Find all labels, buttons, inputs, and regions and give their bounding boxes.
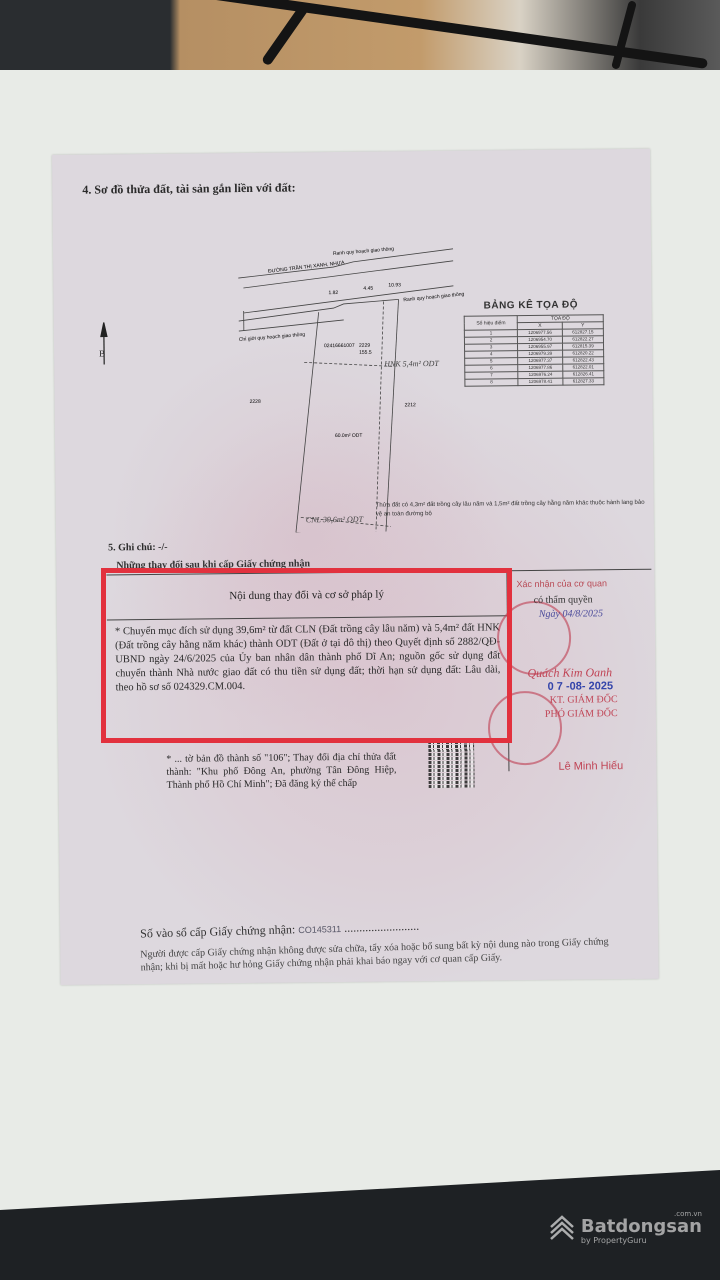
stamp-date: 0 7 -08- 2025 [548, 680, 614, 693]
north-arrow-label: B [99, 348, 105, 358]
highlight-box [101, 568, 512, 743]
coordinate-table: Số hiệu điểmTỌA ĐỘ XY 11206977.56612827.… [464, 314, 605, 386]
cable [261, 3, 309, 66]
signer-role-2: PHÓ GIÁM ĐỐC [545, 708, 618, 720]
watermark-brand: Batdongsan [581, 1218, 702, 1236]
svg-text:2229: 2229 [359, 343, 370, 349]
change-entry-address: * ... tờ bản đồ thành số "106"; Thay đổi… [166, 750, 396, 791]
svg-text:Ranh quy hoạch giao thông: Ranh quy hoạch giao thông [333, 246, 395, 257]
svg-text:155.5: 155.5 [359, 350, 372, 356]
svg-text:ĐƯỜNG TRẦN THỊ XANH, NHỰA: ĐƯỜNG TRẦN THỊ XANH, NHỰA [268, 259, 346, 275]
svg-text:Chỉ giới quy hoạch giao thông: Chỉ giới quy hoạch giao thông [239, 331, 306, 343]
confirmation-date: Ngày 04/8/2025 [539, 608, 603, 620]
svg-text:2212: 2212 [405, 402, 416, 408]
svg-text:60.0m² ODT: 60.0m² ODT [335, 433, 363, 439]
signer-role-1: KT. GIÁM ĐỐC [550, 694, 618, 706]
section5-title: 5. Ghi chú: -/- [108, 542, 168, 554]
svg-text:10.93: 10.93 [388, 282, 401, 288]
watermark: .com.vn Batdongsan by PropertyGuru [547, 1210, 702, 1245]
svg-text:Ranh quy hoạch giao thông: Ranh quy hoạch giao thông [403, 291, 465, 303]
watermark-sub: by PropertyGuru [581, 1236, 702, 1245]
confirmation-column: Xác nhận của cơ quan có thẩm quyền Ngày … [508, 570, 653, 771]
qr-code [428, 742, 474, 788]
confirmation-title: Xác nhận của cơ quan [516, 578, 607, 589]
register-number-line: Số vào sổ cấp Giấy chứng nhận: CO145311 … [140, 919, 419, 942]
coordinate-table-title: BẢNG KÊ TỌA ĐỘ [484, 300, 579, 312]
warning-text: Người được cấp Giấy chứng nhận không đượ… [140, 935, 631, 975]
signer-name-2: Lê Minh Hiếu [558, 760, 623, 773]
desk-background-top [0, 0, 720, 74]
svg-text:1.82: 1.82 [328, 290, 338, 296]
land-certificate-page: 4. Sơ đồ thửa đất, tài sản gắn liền với … [52, 149, 659, 985]
coordinate-row: 81206978.41612827.33 [465, 378, 604, 386]
signer-name-1: Quách Kim Oanh [527, 665, 612, 681]
svg-text:7.00: 7.00 [341, 532, 351, 535]
svg-text:HNK 5,4m² ODT: HNK 5,4m² ODT [383, 359, 439, 369]
svg-text:02416661007: 02416661007 [324, 343, 355, 349]
plan-note: Thửa đất có 4,3m² đất trồng cây lâu năm … [376, 499, 646, 520]
cable [611, 0, 637, 70]
svg-text:2228: 2228 [250, 399, 261, 405]
batdongsan-logo-icon [547, 1213, 577, 1243]
register-number: CO145311 [298, 924, 341, 935]
svg-text:CNL 39,6m² ODT: CNL 39,6m² ODT [306, 515, 364, 525]
confirmation-authority: có thẩm quyền [534, 594, 593, 606]
svg-text:4.45: 4.45 [363, 286, 373, 292]
